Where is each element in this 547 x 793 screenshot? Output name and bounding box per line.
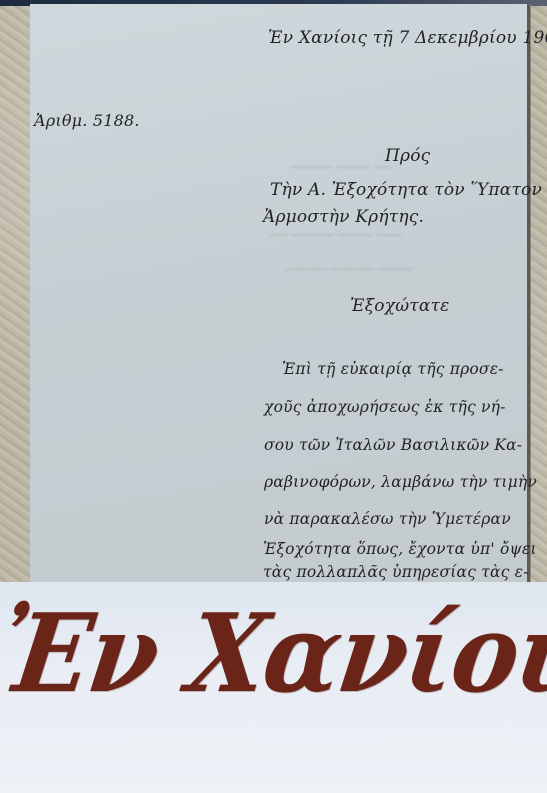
bleed-through-text: ──── ───── ─────	[285, 262, 412, 278]
body-line: ραβινοφόρων, λαμβάνω τὴν τιμὴν	[264, 473, 537, 491]
reference-number: Ἀριθμ. 5188.	[34, 111, 140, 130]
salutation: Ἐξοχώτατε	[350, 296, 449, 316]
caption-title: Ἐν Χανίοις	[0, 600, 505, 708]
body-line: Ἐπὶ τῇ εὐκαιρίᾳ τῆς προσε-	[282, 360, 504, 378]
bleed-through-text: ─── ──── ───── ──	[270, 228, 401, 244]
bleed-through-text: ── ──── ─────	[290, 160, 392, 176]
addressee-to-label: Πρός	[385, 146, 430, 166]
body-line: Ἐξοχότητα ὅπως, ἔχοντα ὑπ' ὄψει	[263, 540, 537, 558]
body-line: τὰς πολλαπλᾶς ὑπηρεσίας τὰς ε-	[263, 563, 529, 581]
body-line: νὰ παρακαλέσω τὴν Ὑμετέραν	[264, 510, 511, 528]
letter-paper	[30, 4, 529, 582]
paper-edge	[527, 4, 530, 582]
addressee-line-1: Τὴν Α. Ἐξοχότητα τὸν Ὕπατον	[270, 180, 542, 200]
body-line: σου τῶν Ἰταλῶν Βασιλικῶν Κα-	[264, 436, 522, 454]
body-line: χοῦς ἀποχωρήσεως ἐκ τῆς νή-	[264, 398, 506, 416]
addressee-line-2: Ἁρμοστὴν Κρήτης.	[263, 207, 424, 227]
date-line: Ἐν Χανίοις τῇ 7 Δεκεμβρίου 1906	[268, 28, 547, 48]
